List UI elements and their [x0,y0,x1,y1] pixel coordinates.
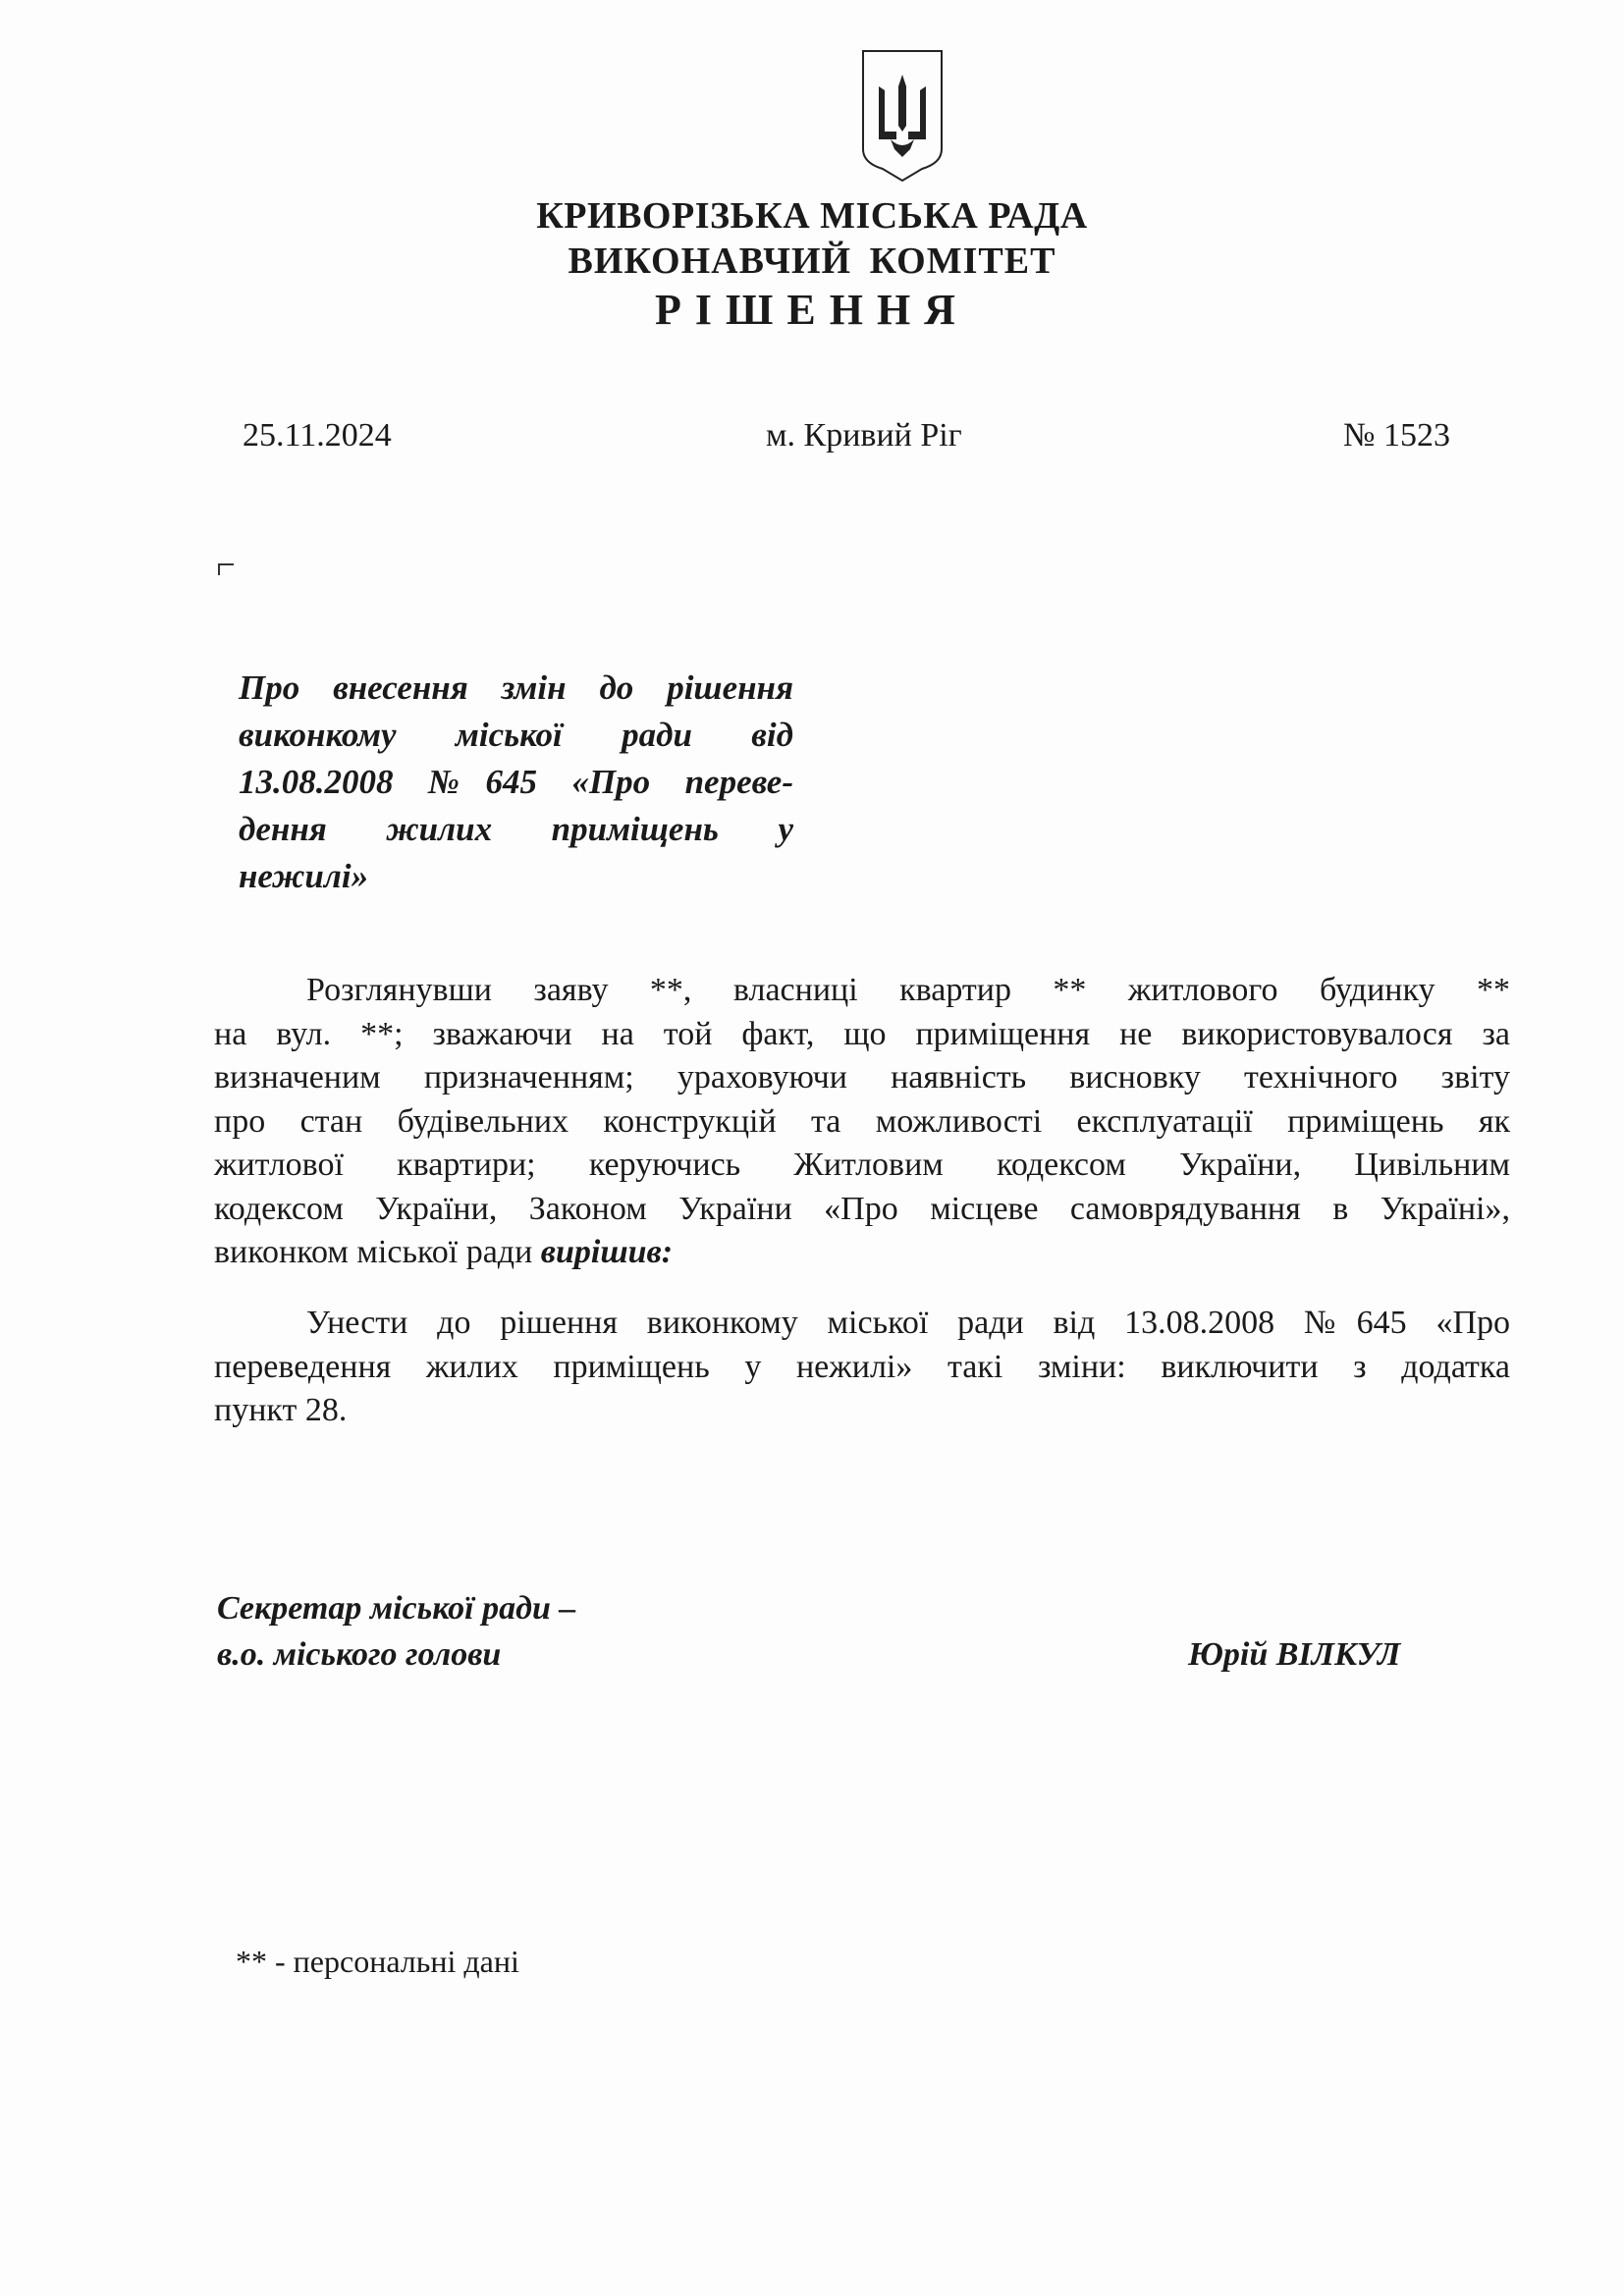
trident-emblem-icon [859,47,946,185]
document-type: РІШЕННЯ [0,285,1624,335]
signatory-position-line2: в.о. міського голови [217,1636,501,1674]
committee-name: ВИКОНАВЧИЙ КОМІТЕТ [0,240,1624,283]
body-line: про стан будівельних конструкцій та можл… [214,1100,1510,1145]
subject-line: 13.08.2008 №645 «Про переве- [239,759,793,806]
body-paragraph-1: Розглянувши заяву **, власниці квартир *… [214,969,1510,1275]
subject-line: нежилі» [239,853,793,900]
resolution-verb: вирішив: [541,1234,673,1270]
document-subject: Про внесення змін до рішення виконкому м… [239,665,793,900]
body-line: Розглянувши заяву **, власниці квартир *… [214,969,1510,1013]
council-name: КРИВОРІЗЬКА МІСЬКА РАДА [0,194,1624,238]
body-line-resolution: виконком міської ради вирішив: [214,1231,1510,1275]
body-paragraph-2: Унести до рішення виконкому міської ради… [214,1302,1510,1433]
body-line: пункт 28. [214,1389,1510,1433]
body-line: визначеним призначенням; ураховуючи наяв… [214,1056,1510,1100]
signatory-position-line1: Секретар міської ради – [217,1590,575,1628]
subject-line: дення жилих приміщень у [239,806,793,853]
body-line: на вул. **; зважаючи на той факт, що при… [214,1013,1510,1057]
body-line: переведення жилих приміщень у нежилі» та… [214,1346,1510,1390]
subject-line: Про внесення змін до рішення [239,665,793,712]
body-line: житлової квартири; керуючись Житловим ко… [214,1144,1510,1188]
body-line: кодексом України, Законом України «Про м… [214,1188,1510,1232]
document-date: 25.11.2024 [243,417,392,454]
document-city: м. Кривий Ріг [766,417,962,454]
signatory-name: Юрій ВІЛКУЛ [1188,1636,1400,1674]
subject-line: виконкому міської ради від [239,712,793,759]
document-page: КРИВОРІЗЬКА МІСЬКА РАДА ВИКОНАВЧИЙ КОМІТ… [0,0,1624,2296]
resolution-prefix: виконком міської ради [214,1234,541,1270]
body-line: Унести до рішення виконкому міської ради… [214,1302,1510,1346]
footnote-personal-data: ** - персональні дані [236,1944,519,1980]
corner-mark [218,563,234,575]
document-number: № 1523 [1343,417,1450,454]
